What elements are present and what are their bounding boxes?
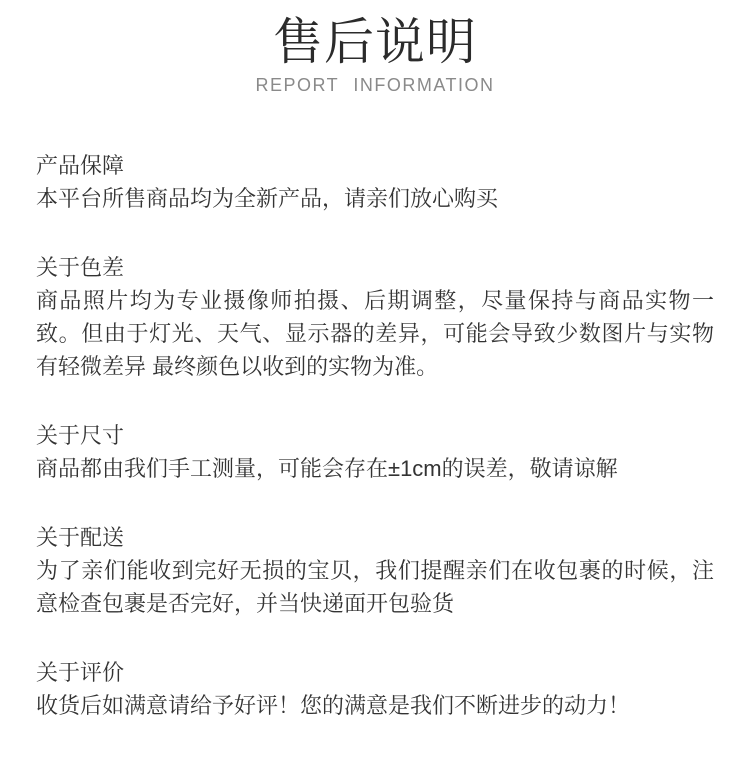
page-subtitle: REPORT INFORMATION (0, 75, 750, 95)
section-body: 本平台所售商品均为全新产品，请亲们放心购买 (36, 182, 714, 215)
page-title: 售后说明 (0, 14, 750, 70)
section-heading: 产品保障 (36, 149, 714, 182)
sections-container: 产品保障 本平台所售商品均为全新产品，请亲们放心购买 关于色差 商品照片均为专业… (0, 149, 750, 722)
section-body: 收货后如满意请给予好评！您的满意是我们不断进步的动力！ (36, 689, 714, 722)
after-sales-info-page: 售后说明 REPORT INFORMATION 产品保障 本平台所售商品均为全新… (0, 0, 750, 784)
section-heading: 关于色差 (36, 251, 714, 284)
page-header: 售后说明 REPORT INFORMATION (0, 0, 750, 95)
section-body: 商品都由我们手工测量，可能会存在±1cm的误差，敬请谅解 (36, 452, 714, 485)
section-size: 关于尺寸 商品都由我们手工测量，可能会存在±1cm的误差，敬请谅解 (36, 419, 714, 485)
section-color-difference: 关于色差 商品照片均为专业摄像师拍摄、后期调整，尽量保持与商品实物一致。但由于灯… (36, 251, 714, 383)
section-delivery: 关于配送 为了亲们能收到完好无损的宝贝，我们提醒亲们在收包裹的时候，注意检查包裹… (36, 521, 714, 620)
section-heading: 关于评价 (36, 656, 714, 689)
section-product-guarantee: 产品保障 本平台所售商品均为全新产品，请亲们放心购买 (36, 149, 714, 215)
section-heading: 关于尺寸 (36, 419, 714, 452)
section-heading: 关于配送 (36, 521, 714, 554)
section-review: 关于评价 收货后如满意请给予好评！您的满意是我们不断进步的动力！ (36, 656, 714, 722)
section-body: 为了亲们能收到完好无损的宝贝，我们提醒亲们在收包裹的时候，注意检查包裹是否完好，… (36, 554, 714, 620)
section-body: 商品照片均为专业摄像师拍摄、后期调整，尽量保持与商品实物一致。但由于灯光、天气、… (36, 284, 714, 383)
